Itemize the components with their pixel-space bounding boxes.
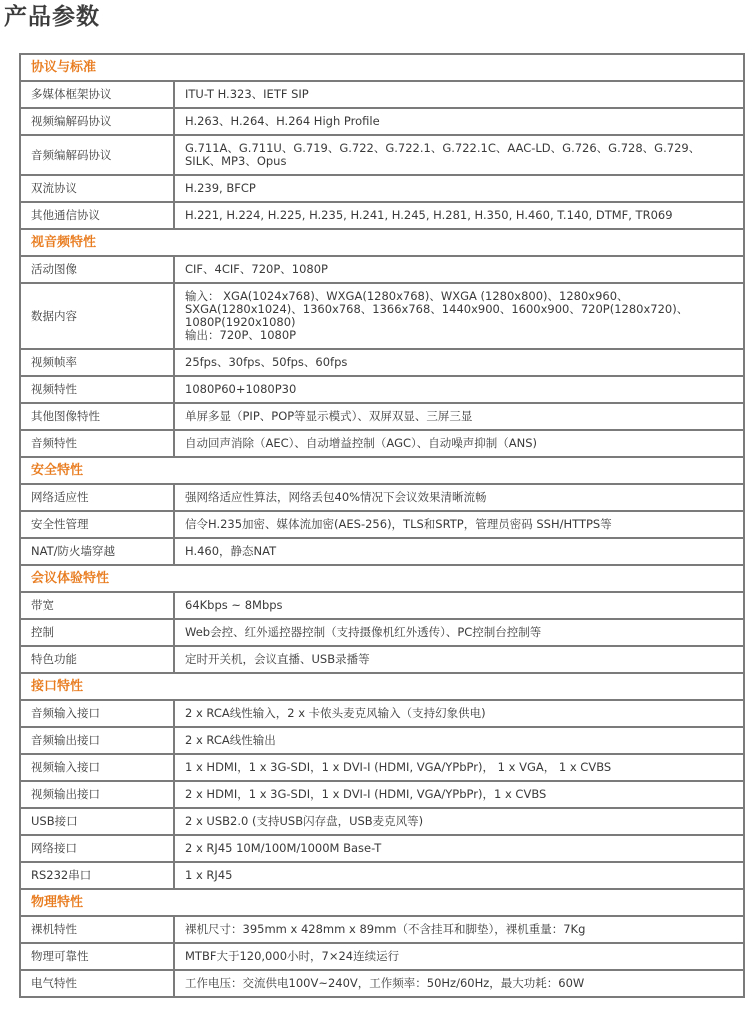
section-title: 安全特性 [20, 457, 744, 484]
table-row: 特色功能 定时开关机，会议直播、USB录播等 [20, 646, 744, 673]
spec-value: 1 x RJ45 [174, 862, 744, 889]
table-row: 音频输入接口 2 x RCA线性输入，2 x 卡侬头麦克风输入（支持幻象供电) [20, 700, 744, 727]
spec-value: CIF、4CIF、720P、1080P [174, 256, 744, 283]
spec-value: H.221, H.224, H.225, H.235, H.241, H.245… [174, 202, 744, 229]
spec-value: 2 x RCA线性输入，2 x 卡侬头麦克风输入（支持幻象供电) [174, 700, 744, 727]
spec-value: 2 x USB2.0 (支持USB闪存盘，USB麦克风等) [174, 808, 744, 835]
spec-value: 输入： XGA(1024x768)、WXGA(1280x768)、WXGA (1… [174, 283, 744, 349]
table-row: 音频输出接口 2 x RCA线性输出 [20, 727, 744, 754]
spec-label: 视频帧率 [20, 349, 174, 376]
spec-label: 视频输入接口 [20, 754, 174, 781]
table-row: 物理可靠性 MTBF大于120,000小时，7×24连续运行 [20, 943, 744, 970]
spec-value: 2 x RJ45 10M/100M/1000M Base-T [174, 835, 744, 862]
section-header-conference: 会议体验特性 [20, 565, 744, 592]
spec-label: RS232串口 [20, 862, 174, 889]
spec-label: 音频输出接口 [20, 727, 174, 754]
spec-label: 其他图像特性 [20, 403, 174, 430]
spec-label: 控制 [20, 619, 174, 646]
table-row: 控制 Web会控、红外遥控器控制（支持摄像机红外透传）、PC控制台控制等 [20, 619, 744, 646]
spec-label: 音频输入接口 [20, 700, 174, 727]
table-row: 视频特性 1080P60+1080P30 [20, 376, 744, 403]
section-header-security: 安全特性 [20, 457, 744, 484]
spec-label: 网络接口 [20, 835, 174, 862]
spec-value: Web会控、红外遥控器控制（支持摄像机红外透传）、PC控制台控制等 [174, 619, 744, 646]
table-row: 活动图像 CIF、4CIF、720P、1080P [20, 256, 744, 283]
section-header-interfaces: 接口特性 [20, 673, 744, 700]
spec-label: 双流协议 [20, 175, 174, 202]
table-row: 数据内容 输入： XGA(1024x768)、WXGA(1280x768)、WX… [20, 283, 744, 349]
spec-value: MTBF大于120,000小时，7×24连续运行 [174, 943, 744, 970]
table-row: 视频帧率 25fps、30fps、50fps、60fps [20, 349, 744, 376]
spec-value: H.460，静态NAT [174, 538, 744, 565]
spec-label: 视频编解码协议 [20, 108, 174, 135]
table-row: NAT/防火墙穿越 H.460，静态NAT [20, 538, 744, 565]
spec-value: 裸机尺寸：395mm x 428mm x 89mm（不含挂耳和脚垫），裸机重量：… [174, 916, 744, 943]
table-row: 音频特性 自动回声消除（AEC）、自动增益控制（AGC）、自动噪声抑制（ANS) [20, 430, 744, 457]
spec-value: 1 x HDMI，1 x 3G-SDI，1 x DVI-I (HDMI, VGA… [174, 754, 744, 781]
spec-label: 视频输出接口 [20, 781, 174, 808]
table-row: 视频编解码协议 H.263、H.264、H.264 High Profile [20, 108, 744, 135]
spec-value: ITU-T H.323、IETF SIP [174, 81, 744, 108]
table-row: USB接口 2 x USB2.0 (支持USB闪存盘，USB麦克风等) [20, 808, 744, 835]
section-title: 接口特性 [20, 673, 744, 700]
spec-label: 音频编解码协议 [20, 135, 174, 175]
section-title: 视音频特性 [20, 229, 744, 256]
spec-label: 视频特性 [20, 376, 174, 403]
section-header-protocols: 协议与标准 [20, 54, 744, 81]
table-row: 双流协议 H.239, BFCP [20, 175, 744, 202]
spec-value: 自动回声消除（AEC）、自动增益控制（AGC）、自动噪声抑制（ANS) [174, 430, 744, 457]
spec-table: 协议与标准 多媒体框架协议 ITU-T H.323、IETF SIP 视频编解码… [19, 53, 745, 998]
spec-label: NAT/防火墙穿越 [20, 538, 174, 565]
table-row: 网络适应性 强网络适应性算法，网络丢包40%情况下会议效果清晰流畅 [20, 484, 744, 511]
table-row: 网络接口 2 x RJ45 10M/100M/1000M Base-T [20, 835, 744, 862]
table-row: 安全性管理 信令H.235加密、媒体流加密(AES-256)，TLS和SRTP，… [20, 511, 744, 538]
spec-value: 2 x HDMI，1 x 3G-SDI，1 x DVI-I (HDMI, VGA… [174, 781, 744, 808]
table-row: 视频输入接口 1 x HDMI，1 x 3G-SDI，1 x DVI-I (HD… [20, 754, 744, 781]
spec-value: 单屏多显（PIP、POP等显示模式）、双屏双显、三屏三显 [174, 403, 744, 430]
section-title: 物理特性 [20, 889, 744, 916]
spec-label: USB接口 [20, 808, 174, 835]
spec-label: 带宽 [20, 592, 174, 619]
section-title: 会议体验特性 [20, 565, 744, 592]
spec-value: 2 x RCA线性输出 [174, 727, 744, 754]
spec-value: H.239, BFCP [174, 175, 744, 202]
section-header-physical: 物理特性 [20, 889, 744, 916]
spec-value: 25fps、30fps、50fps、60fps [174, 349, 744, 376]
table-row: 其他图像特性 单屏多显（PIP、POP等显示模式）、双屏双显、三屏三显 [20, 403, 744, 430]
spec-value: 工作电压：交流供电100V~240V，工作频率：50Hz/60Hz，最大功耗：6… [174, 970, 744, 997]
spec-label: 活动图像 [20, 256, 174, 283]
table-row: 音频编解码协议 G.711A、G.711U、G.719、G.722、G.722.… [20, 135, 744, 175]
spec-label: 物理可靠性 [20, 943, 174, 970]
spec-value: 定时开关机，会议直播、USB录播等 [174, 646, 744, 673]
spec-label: 电气特性 [20, 970, 174, 997]
spec-label: 其他通信协议 [20, 202, 174, 229]
spec-value: 信令H.235加密、媒体流加密(AES-256)，TLS和SRTP，管理员密码 … [174, 511, 744, 538]
spec-value: H.263、H.264、H.264 High Profile [174, 108, 744, 135]
value-line: 输出：720P、1080P [185, 329, 733, 342]
section-header-av: 视音频特性 [20, 229, 744, 256]
spec-value: 强网络适应性算法，网络丢包40%情况下会议效果清晰流畅 [174, 484, 744, 511]
spec-label: 数据内容 [20, 283, 174, 349]
table-row: 多媒体框架协议 ITU-T H.323、IETF SIP [20, 81, 744, 108]
spec-label: 网络适应性 [20, 484, 174, 511]
spec-value: G.711A、G.711U、G.719、G.722、G.722.1、G.722.… [174, 135, 744, 175]
spec-label: 裸机特性 [20, 916, 174, 943]
table-row: 视频输出接口 2 x HDMI，1 x 3G-SDI，1 x DVI-I (HD… [20, 781, 744, 808]
spec-value: 64Kbps ~ 8Mbps [174, 592, 744, 619]
spec-label: 安全性管理 [20, 511, 174, 538]
table-row: 电气特性 工作电压：交流供电100V~240V，工作频率：50Hz/60Hz，最… [20, 970, 744, 997]
spec-label: 特色功能 [20, 646, 174, 673]
spec-label: 多媒体框架协议 [20, 81, 174, 108]
table-row: RS232串口 1 x RJ45 [20, 862, 744, 889]
table-row: 裸机特性 裸机尺寸：395mm x 428mm x 89mm（不含挂耳和脚垫），… [20, 916, 744, 943]
page-title: 产品参数 [4, 2, 100, 32]
table-row: 带宽 64Kbps ~ 8Mbps [20, 592, 744, 619]
section-title: 协议与标准 [20, 54, 744, 81]
spec-label: 音频特性 [20, 430, 174, 457]
spec-value: 1080P60+1080P30 [174, 376, 744, 403]
table-row: 其他通信协议 H.221, H.224, H.225, H.235, H.241… [20, 202, 744, 229]
